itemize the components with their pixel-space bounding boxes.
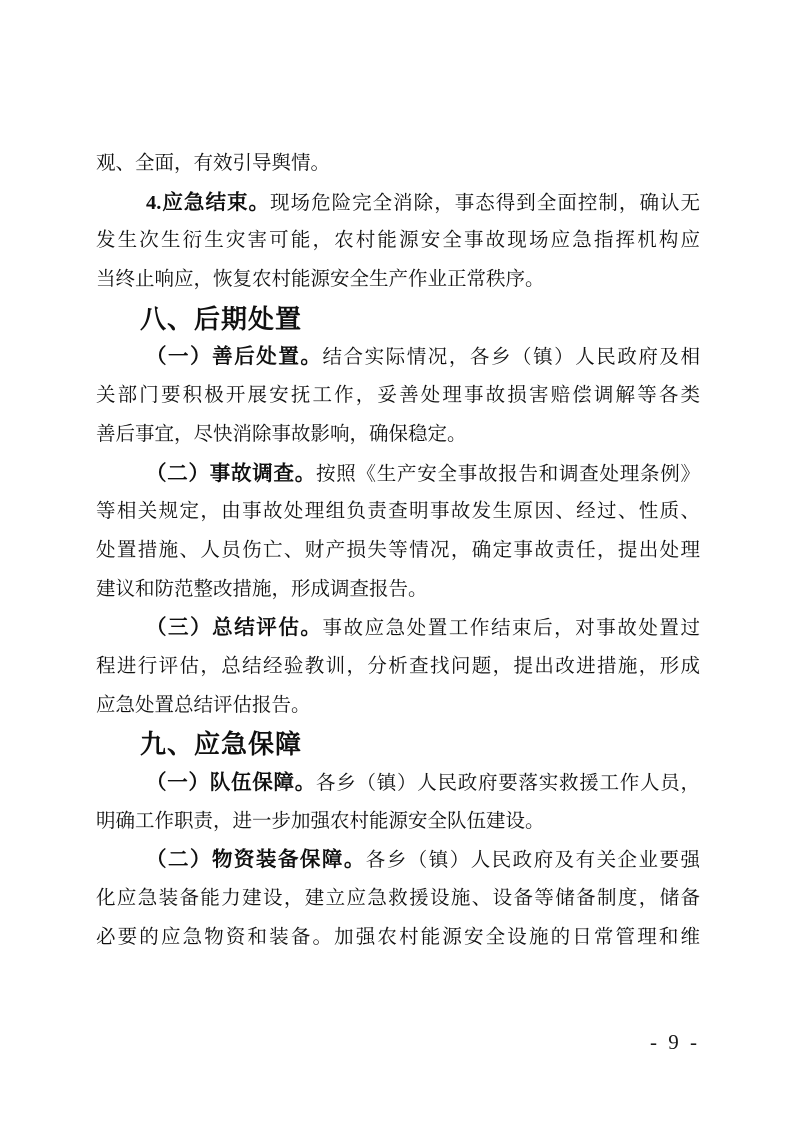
line-text: 程进行评估，总结经验教训，分析查找问题，提出改进措施，形成 xyxy=(96,656,700,677)
paragraph-start-line: （三）总结评估。事故应急处置工作结束后，对事故处置过 xyxy=(96,609,700,648)
section-heading: 八、后期处置 xyxy=(96,300,700,339)
line-text: 必要的应急物资和装备。加强农村能源安全设施的日常管理和维 xyxy=(96,927,700,948)
line-text: 应急处置总结评估报告。 xyxy=(96,695,311,716)
paragraph-start-line: （一）队伍保障。各乡（镇）人民政府要落实救援工作人员， xyxy=(96,764,700,803)
line-text: 各乡（镇）人民政府及有关企业要强 xyxy=(366,850,700,871)
line-text: 明确工作职责，进一步加强农村能源安全队伍建设。 xyxy=(96,811,545,832)
body-text-line: 必要的应急物资和装备。加强农村能源安全设施的日常管理和维 xyxy=(96,919,700,958)
heading-text: 九、应急保障 xyxy=(140,729,302,759)
document-page: 观、全面，有效引导舆情。 4.应急结束。现场危险完全消除，事态得到全面控制，确认… xyxy=(0,0,793,1122)
line-text: 事故应急处置工作结束后，对事故处置过 xyxy=(322,618,700,639)
paragraph-start-line: （一）善后处置。结合实际情况，各乡（镇）人民政府及相 xyxy=(96,338,700,377)
page-number: - 9 - xyxy=(650,1029,700,1055)
paragraph-start-line: 4.应急结束。现场危险完全消除，事态得到全面控制，确认无 xyxy=(96,184,700,223)
body-text-line: 建议和防范整改措施，形成调查报告。 xyxy=(96,571,700,610)
body-text-line: 化应急装备能力建设，建立应急救援设施、设备等储备制度，储备 xyxy=(96,880,700,919)
paragraph-label: （二）物资装备保障。 xyxy=(146,849,366,871)
paragraph-start-line: （二）物资装备保障。各乡（镇）人民政府及有关企业要强 xyxy=(96,841,700,880)
body-text-line: 明确工作职责，进一步加强农村能源安全队伍建设。 xyxy=(96,803,700,842)
paragraph-label: （一）善后处置。 xyxy=(146,346,322,368)
line-text: 建议和防范整改措施，形成调查报告。 xyxy=(96,579,428,600)
body-text-line: 当终止响应，恢复农村能源安全生产作业正常秩序。 xyxy=(96,261,700,300)
paragraph-label: 4.应急结束。 xyxy=(146,192,270,214)
body-text-line: 等相关规定，由事故处理组负责查明事故发生原因、经过、性质、 xyxy=(96,493,700,532)
line-text: 各乡（镇）人民政府要落实救援工作人员， xyxy=(316,773,700,794)
line-text: 按照《生产安全事故报告和调查处理条例》 xyxy=(316,464,700,485)
body-text-line: 关部门要积极开展安抚工作，妥善处理事故损害赔偿调解等各类 xyxy=(96,377,700,416)
paragraph-label: （二）事故调查。 xyxy=(146,463,316,485)
line-text: 结合实际情况，各乡（镇）人民政府及相 xyxy=(322,347,700,368)
heading-text: 八、后期处置 xyxy=(140,304,302,334)
body-text-line: 观、全面，有效引导舆情。 xyxy=(96,145,700,184)
body-text-line: 程进行评估，总结经验教训，分析查找问题，提出改进措施，形成 xyxy=(96,648,700,687)
page-content: 观、全面，有效引导舆情。 4.应急结束。现场危险完全消除，事态得到全面控制，确认… xyxy=(96,145,700,957)
line-text: 关部门要积极开展安抚工作，妥善处理事故损害赔偿调解等各类 xyxy=(96,385,700,406)
section-heading: 九、应急保障 xyxy=(96,725,700,764)
line-text: 善后事宜，尽快消除事故影响，确保稳定。 xyxy=(96,424,467,445)
body-text-line: 善后事宜，尽快消除事故影响，确保稳定。 xyxy=(96,416,700,455)
body-text-line: 发生次生衍生灾害可能，农村能源安全事故现场应急指挥机构应 xyxy=(96,222,700,261)
line-text: 发生次生衍生灾害可能，农村能源安全事故现场应急指挥机构应 xyxy=(96,230,700,251)
paragraph-label: （三）总结评估。 xyxy=(146,617,322,639)
line-text: 现场危险完全消除，事态得到全面控制，确认无 xyxy=(270,193,700,214)
paragraph-start-line: （二）事故调查。按照《生产安全事故报告和调查处理条例》 xyxy=(96,455,700,494)
body-text-line: 处置措施、人员伤亡、财产损失等情况，确定事故责任，提出处理 xyxy=(96,532,700,571)
line-text: 等相关规定，由事故处理组负责查明事故发生原因、经过、性质、 xyxy=(96,501,700,522)
body-text-line: 应急处置总结评估报告。 xyxy=(96,687,700,726)
line-text: 化应急装备能力建设，建立应急救援设施、设备等储备制度，储备 xyxy=(96,888,700,909)
line-text: 当终止响应，恢复农村能源安全生产作业正常秩序。 xyxy=(96,269,545,290)
paragraph-label: （一）队伍保障。 xyxy=(146,772,316,794)
line-text: 观、全面，有效引导舆情。 xyxy=(96,153,330,174)
line-text: 处置措施、人员伤亡、财产损失等情况，确定事故责任，提出处理 xyxy=(96,540,700,561)
